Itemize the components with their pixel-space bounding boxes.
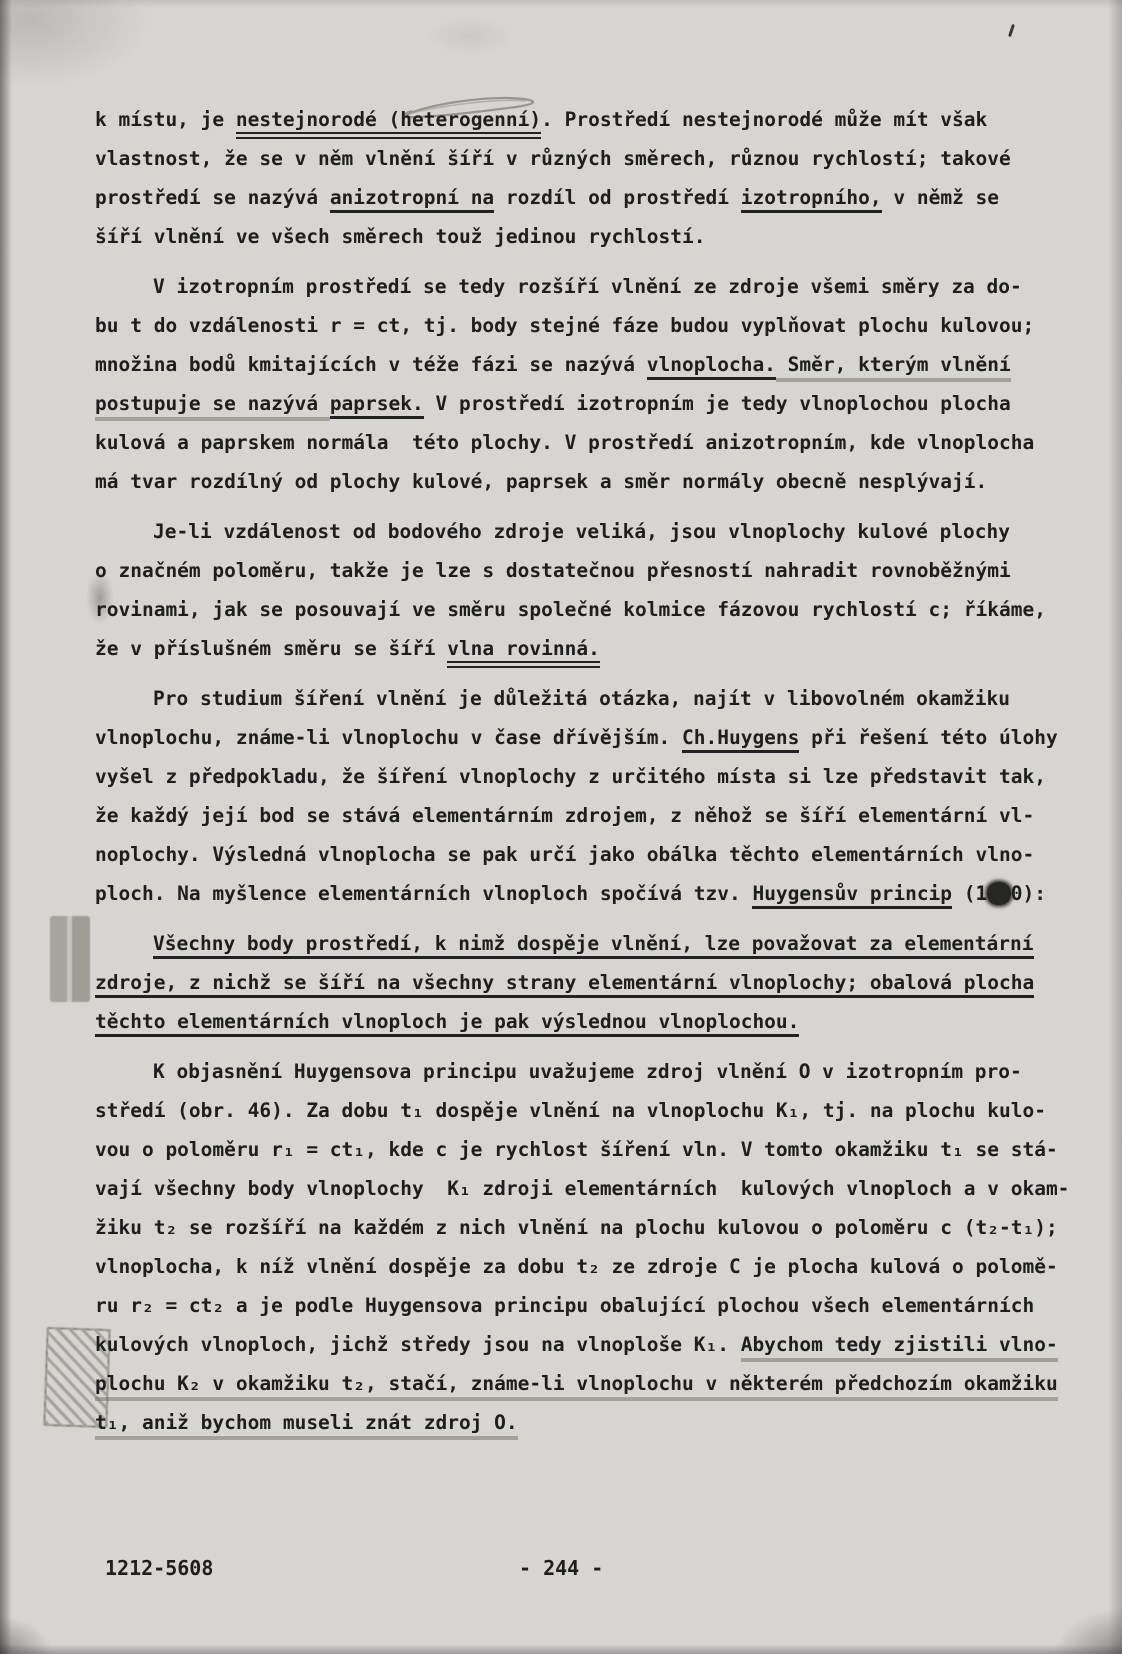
text-line: že každý její bod se stává elementárním … — [95, 796, 1095, 835]
text-line: prostředí se nazývá anizotropní na rozdí… — [95, 178, 1095, 217]
text-run: Je-li vzdálenost od bodového zdroje veli… — [153, 520, 1010, 543]
text-run: ru r₂ = ct₂ a je podle Huygensova princi… — [95, 1294, 1034, 1317]
text-line: k místu, je nestejnorodé (heterogenní). … — [95, 100, 1095, 139]
text-line: K objasnění Huygensova principu uvažujem… — [95, 1052, 1095, 1091]
text-run: rozdíl od prostředí — [494, 186, 741, 209]
underlined-term: zdroje, z nichž se šíří na všechny stran… — [95, 971, 1034, 998]
underlined-term: paprsek. — [330, 392, 424, 419]
text-line: žiku t₂ se rozšíří na každém z nich vlně… — [95, 1208, 1095, 1247]
text-line: vlnoplochu, známe-li vlnoplochu v čase d… — [95, 718, 1095, 757]
underlined-term: Huygensův princip — [752, 882, 952, 909]
text-line: postupuje se nazývá paprsek. V prostředí… — [95, 384, 1095, 423]
text-run: v němž se — [882, 186, 999, 209]
text-run: prostředí se nazývá — [95, 186, 330, 209]
text-run: 0): — [1011, 882, 1046, 905]
pencil-underlined-run: Abychom tedy zjistili vlno- — [741, 1333, 1058, 1362]
paragraph: K objasnění Huygensova principu uvažujem… — [95, 1052, 1095, 1442]
text-run: středí (obr. 46). Za dobu t₁ dospěje vln… — [95, 1099, 1046, 1122]
text-run: noplochy. Výsledná vlnoplocha se pak urč… — [95, 843, 1034, 866]
text-line: šíří vlnění ve všech směrech touž jedino… — [95, 217, 1095, 256]
text-run: o značném poloměru, takže je lze s dosta… — [95, 559, 1011, 582]
text-run: rovinami, jak se posouvají ve směru spol… — [95, 598, 1046, 621]
ink-blot-overstrike: 69 — [987, 882, 1010, 905]
text-line: středí (obr. 46). Za dobu t₁ dospěje vln… — [95, 1091, 1095, 1130]
text-run: že každý její bod se stává elementárním … — [95, 804, 1034, 827]
text-line: bu t do vzdálenosti r = ct, tj. body ste… — [95, 306, 1095, 345]
pencil-underlined-run: t₁, aniž bychom museli znát zdroj O. — [95, 1411, 518, 1440]
pencil-margin-mark-double-bar — [50, 916, 90, 1002]
text-run: při řešení této úlohy — [799, 726, 1057, 749]
text-line: plochu K₂ v okamžiku t₂, stačí, známe-li… — [95, 1364, 1095, 1403]
text-line: V izotropním prostředí se tedy rozšíří v… — [95, 267, 1095, 306]
text-line: množina bodů kmitajících v téže fázi se … — [95, 345, 1095, 384]
paragraph: Pro studium šíření vlnění je důležitá ot… — [95, 679, 1095, 913]
text-line: ploch. Na myšlence elementárních vlnoplo… — [95, 874, 1095, 913]
underlined-term: anizotropní na — [330, 186, 494, 213]
text-line: vlnoplocha, k níž vlnění dospěje za dobu… — [95, 1247, 1095, 1286]
scanned-page: k místu, je nestejnorodé (heterogenní). … — [0, 0, 1122, 1654]
text-run: množina bodů kmitajících v téže fázi se … — [95, 353, 647, 376]
text-run: vlnoplochu, známe-li vlnoplochu v čase d… — [95, 726, 682, 749]
paragraph: Je-li vzdálenost od bodového zdroje veli… — [95, 512, 1095, 668]
text-line: vlastnost, že se v něm vlnění šíří v růz… — [95, 139, 1095, 178]
underlined-term: Ch.Huygens — [682, 726, 799, 753]
text-line: Je-li vzdálenost od bodového zdroje veli… — [95, 512, 1095, 551]
text-line: rovinami, jak se posouvají ve směru spol… — [95, 590, 1095, 629]
page-footer: 1212-5608 - 244 - — [0, 1548, 1122, 1588]
text-line: Všechny body prostředí, k nimž dospěje v… — [95, 924, 1095, 963]
text-run: má tvar rozdílný od plochy kulové, paprs… — [95, 470, 987, 493]
text-line: o značném poloměru, takže je lze s dosta… — [95, 551, 1095, 590]
text-line: vají všechny body vlnoplochy K₁ zdroji e… — [95, 1169, 1095, 1208]
pencil-underlined-run: plochu K₂ v okamžiku t₂, stačí, známe-li… — [95, 1372, 1058, 1401]
underlined-term: vlnoplocha. — [647, 353, 776, 380]
text-run: že v příslušném směru se šíří — [95, 637, 447, 660]
text-line: těchto elementárních vlnoploch je pak vý… — [95, 1002, 1095, 1041]
underlined-term: nestejnorodé (heterogenní) — [236, 108, 541, 139]
text-run: (1 — [952, 882, 987, 905]
paragraph: k místu, je nestejnorodé (heterogenní). … — [95, 100, 1095, 256]
stray-pen-mark — [1008, 24, 1015, 37]
text-line: Pro studium šíření vlnění je důležitá ot… — [95, 679, 1095, 718]
text-line: vyšel z předpokladu, že šíření vlnoploch… — [95, 757, 1095, 796]
text-line: kulových vlnoploch, jichž středy jsou na… — [95, 1325, 1095, 1364]
paragraph-huygens-principle: Všechny body prostředí, k nimž dospěje v… — [95, 924, 1095, 1041]
text-run: vlastnost, že se v něm vlnění šíří v růz… — [95, 147, 1011, 170]
text-run: vou o poloměru r₁ = ct₁, kde c je rychlo… — [95, 1138, 1058, 1161]
text-line: noplochy. Výsledná vlnoplocha se pak urč… — [95, 835, 1095, 874]
text-run: vlnoplocha, k níž vlnění dospěje za dobu… — [95, 1255, 1058, 1278]
text-run: šíří vlnění ve všech směrech touž jedino… — [95, 225, 705, 248]
text-run: vají všechny body vlnoplochy K₁ zdroji e… — [95, 1177, 1069, 1200]
paragraph: V izotropním prostředí se tedy rozšíří v… — [95, 267, 1095, 501]
text-run: kulových vlnoploch, jichž středy jsou na… — [95, 1333, 741, 1356]
text-line: že v příslušném směru se šíří vlna rovin… — [95, 629, 1095, 668]
text-run: . Prostředí nestejnorodé může mít však — [541, 108, 987, 131]
text-line: kulová a paprskem normála této plochy. V… — [95, 423, 1095, 462]
text-line: t₁, aniž bychom museli znát zdroj O. — [95, 1403, 1095, 1442]
text-run: k místu, je — [95, 108, 236, 131]
underlined-term: Všechny body prostředí, k nimž dospěje v… — [153, 932, 1034, 959]
text-run: žiku t₂ se rozšíří na každém z nich vlně… — [95, 1216, 1058, 1239]
pencil-underlined-run: postupuje se nazývá — [95, 392, 330, 421]
text-line: má tvar rozdílný od plochy kulové, paprs… — [95, 462, 1095, 501]
text-run: bu t do vzdálenosti r = ct, tj. body ste… — [95, 314, 1034, 337]
underlined-term: vlna rovinná. — [447, 637, 600, 668]
text-line: vou o poloměru r₁ = ct₁, kde c je rychlo… — [95, 1130, 1095, 1169]
underlined-term: izotropního, — [741, 186, 882, 213]
text-line: ru r₂ = ct₂ a je podle Huygensova princi… — [95, 1286, 1095, 1325]
text-line: zdroje, z nichž se šíří na všechny stran… — [95, 963, 1095, 1002]
underlined-term: těchto elementárních vlnoploch je pak vý… — [95, 1010, 799, 1037]
document-number: 1212-5608 — [105, 1548, 213, 1588]
pencil-underlined-run: Směr, kterým vlnění — [776, 353, 1011, 382]
text-run: V prostředí izotropním je tedy vlnoploch… — [424, 392, 1011, 415]
page-number: - 244 - — [519, 1548, 603, 1588]
text-run: K objasnění Huygensova principu uvažujem… — [153, 1060, 1022, 1083]
text-run: ploch. Na myšlence elementárních vlnoplo… — [95, 882, 752, 905]
text-run: kulová a paprskem normála této plochy. V… — [95, 431, 1034, 454]
text-run: vyšel z předpokladu, že šíření vlnoploch… — [95, 765, 1046, 788]
page-text: k místu, je nestejnorodé (heterogenní). … — [95, 100, 1095, 1453]
text-run: Pro studium šíření vlnění je důležitá ot… — [153, 687, 1010, 710]
text-run: V izotropním prostředí se tedy rozšíří v… — [153, 275, 1022, 298]
